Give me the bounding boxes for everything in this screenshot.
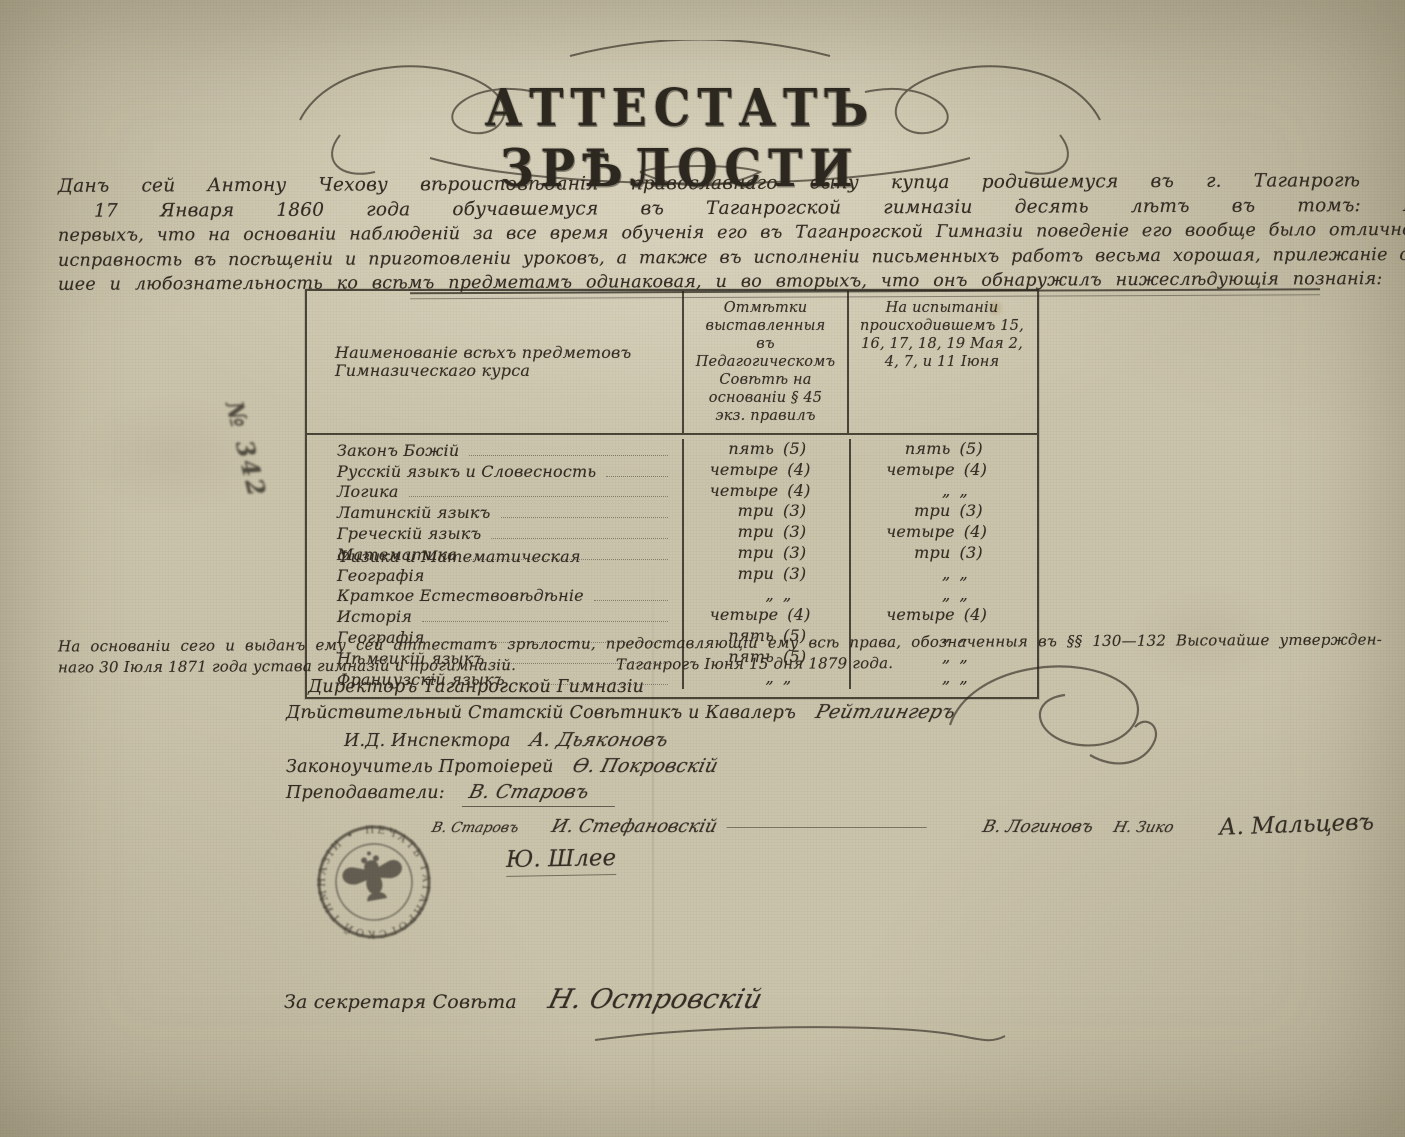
- grade-word: пять: [714, 439, 774, 458]
- council-grade-cell: три(3): [682, 522, 849, 543]
- subject-label: Логика: [337, 482, 399, 501]
- grade-number: (3): [960, 501, 996, 520]
- grade-word: три: [891, 543, 951, 562]
- grade-number: (4): [964, 522, 1000, 541]
- grade-word: четыре: [710, 460, 779, 479]
- exam-grade-cell: четыре(4): [849, 605, 1035, 626]
- director-signature: Рейтлингеръ: [813, 701, 958, 724]
- column-header-council-marks: Отмѣтки выставленныя въ Педагогическомъ …: [682, 291, 849, 433]
- table-row: Физика и Математическая Географія три(3)…: [307, 564, 1037, 585]
- closing-statute: наго 30 Іюля 1871 года устава гимназій и…: [58, 656, 516, 676]
- subject-cell: Исторія: [307, 607, 682, 626]
- teacher-signature: В. Логиновъ: [981, 817, 1096, 837]
- dotted-leader: [501, 516, 669, 518]
- secretary-signature: Н. Островскій: [545, 984, 765, 1015]
- grade-word: четыре: [886, 522, 955, 541]
- certificate-document: АТТЕСТАТЪ ЗРѢЛОСТИ Данъ сей Антону Чехов…: [0, 0, 1405, 1137]
- exam-grade-cell: три(3): [849, 501, 1035, 522]
- grade-word: три: [891, 501, 951, 520]
- council-grade-cell: три(3): [682, 501, 849, 522]
- grade-number: (4): [964, 605, 1000, 624]
- ditto-mark: „: [714, 585, 774, 604]
- exam-grade-cell: „„: [849, 585, 1035, 606]
- secretary-label: За секретаря Совѣта: [284, 991, 517, 1013]
- table-row: Краткое Естествовѣдѣніе „„ „„: [307, 585, 1037, 606]
- grade-word: три: [714, 543, 774, 562]
- grade-number: (3): [783, 522, 819, 541]
- dotted-leader: [469, 454, 668, 456]
- grade-number: (5): [783, 439, 819, 458]
- ditto-mark: „: [891, 481, 951, 500]
- grade-number: (4): [787, 481, 823, 500]
- subject-cell: Логика: [307, 482, 682, 501]
- ditto-mark: „: [960, 564, 996, 583]
- table-row: Исторія четыре(4) четыре(4): [307, 605, 1037, 626]
- subject-cell: Латинскій языкъ: [307, 503, 682, 522]
- director-title: Директоръ Таганрогской Гимназіи: [308, 677, 644, 697]
- exam-grade-cell: четыре(4): [849, 460, 1035, 481]
- grade-word: три: [714, 564, 774, 583]
- subject-cell: Русскій языкъ и Словесность: [307, 462, 682, 481]
- ditto-mark: „: [891, 564, 951, 583]
- teacher-signature: И. Стефановскій: [549, 816, 929, 837]
- teacher-signatures: В. Старовъ И. Стефановскій В. Логиновъ Н…: [420, 796, 1405, 876]
- council-grade-cell: „„: [682, 585, 849, 606]
- exam-grade-cell: „„: [849, 481, 1035, 502]
- exam-grade-cell: пять(5): [849, 439, 1035, 460]
- grade-number: (4): [787, 460, 823, 479]
- subject-label: Физика и Математическая Географія: [337, 547, 658, 585]
- subject-cell: Физика и Математическая Географія: [307, 547, 682, 585]
- subject-label: Законъ Божій: [337, 441, 459, 460]
- grade-word: четыре: [886, 605, 955, 624]
- grade-number: (4): [964, 460, 1000, 479]
- grade-word: четыре: [710, 481, 779, 500]
- ditto-mark: „: [960, 585, 996, 604]
- teacher-signature: В. Старовъ: [430, 820, 520, 836]
- teacher-signature: А. Мальцевъ: [1219, 809, 1375, 840]
- closing-date-place: Таганрогъ Іюня 15 дня 1879 года.: [616, 654, 893, 673]
- column-header-exam-marks: На испытаніи происходившемъ 15, 16, 17, …: [849, 291, 1035, 433]
- exam-grade-cell: три(3): [849, 543, 1035, 564]
- grade-number: (3): [783, 501, 819, 520]
- grade-number: (3): [783, 543, 819, 562]
- grade-number: (3): [783, 564, 819, 583]
- subject-label: Краткое Естествовѣдѣніе: [337, 586, 584, 605]
- subject-label: Русскій языкъ и Словесность: [337, 462, 596, 481]
- council-grade-cell: пять(5): [682, 439, 849, 460]
- exam-grade-cell: четыре(4): [849, 522, 1035, 543]
- table-row: Греческій языкъ три(3) четыре(4): [307, 522, 1037, 543]
- inspector-signature: А. Дьяконовъ: [528, 729, 671, 752]
- table-row: Законъ Божій пять(5) пять(5): [307, 439, 1037, 460]
- subject-label: Исторія: [337, 607, 412, 626]
- subject-cell: Законъ Божій: [307, 441, 682, 460]
- secretary-signature-flourish: [590, 1022, 1010, 1048]
- grade-word: четыре: [710, 605, 779, 624]
- director-rank: Дѣйствительный Статскій Совѣтникъ и Кава…: [286, 703, 796, 723]
- column-header-subject: Наименованіе всѣхъ предметовъ Гимназичес…: [307, 291, 682, 433]
- grades-table-header: Наименованіе всѣхъ предметовъ Гимназичес…: [307, 291, 1037, 435]
- signature-flourish: [726, 827, 926, 828]
- council-grade-cell: три(3): [682, 543, 849, 564]
- religion-teacher-title: Законоучитель Протоіерей: [286, 757, 554, 777]
- council-grade-cell: четыре(4): [682, 460, 849, 481]
- subject-cell: Греческій языкъ: [307, 524, 682, 543]
- double-headed-eagle-icon: [339, 846, 407, 905]
- exam-grade-cell: „„: [849, 564, 1035, 585]
- grade-number: (3): [960, 543, 996, 562]
- teacher-signature-text: И. Стефановскій: [549, 816, 719, 837]
- intro-paragraph: Данъ сей Антону Чехову вѣроисповѣданія п…: [58, 172, 1350, 295]
- gymnasium-seal: ПЕЧАТЬ ТАГАНРОГСКОЙ ГИМНАЗІИ •: [312, 820, 436, 944]
- grade-number: (5): [960, 439, 996, 458]
- ditto-mark: „: [960, 481, 996, 500]
- council-grade-cell: четыре(4): [682, 605, 849, 626]
- subject-label: Греческій языкъ: [337, 524, 481, 543]
- dotted-leader: [594, 599, 668, 601]
- secretary-line: За секретаря Совѣта Н. Островскій: [284, 984, 762, 1015]
- grade-word: три: [714, 501, 774, 520]
- director-signature-flourish: [940, 655, 1170, 775]
- grade-word: три: [714, 522, 774, 541]
- dotted-leader: [409, 495, 668, 497]
- council-grade-cell: четыре(4): [682, 481, 849, 502]
- teacher-signature: Н. Зико: [1112, 818, 1176, 836]
- teacher-signature: Ю. Шлее: [506, 845, 617, 877]
- dotted-leader: [606, 475, 668, 477]
- dotted-leader: [491, 537, 668, 539]
- grade-number: (4): [787, 605, 823, 624]
- dotted-leader: [422, 620, 668, 622]
- religion-teacher-signature: Ѳ. Покровскій: [570, 755, 720, 778]
- table-row: Латинскій языкъ три(3) три(3): [307, 501, 1037, 522]
- table-row: Русскій языкъ и Словесность четыре(4) че…: [307, 460, 1037, 481]
- subject-label: Латинскій языкъ: [337, 503, 491, 522]
- council-grade-cell: три(3): [682, 564, 849, 585]
- subject-cell: Краткое Естествовѣдѣніе: [307, 586, 682, 605]
- registry-number-annotation: № 342: [220, 398, 272, 502]
- ditto-mark: „: [891, 585, 951, 604]
- grade-word: пять: [891, 439, 951, 458]
- grade-word: четыре: [886, 460, 955, 479]
- table-row: Логика четыре(4) „„: [307, 481, 1037, 502]
- ditto-mark: „: [783, 585, 819, 604]
- inspector-title: И.Д. Инспектора: [344, 731, 511, 751]
